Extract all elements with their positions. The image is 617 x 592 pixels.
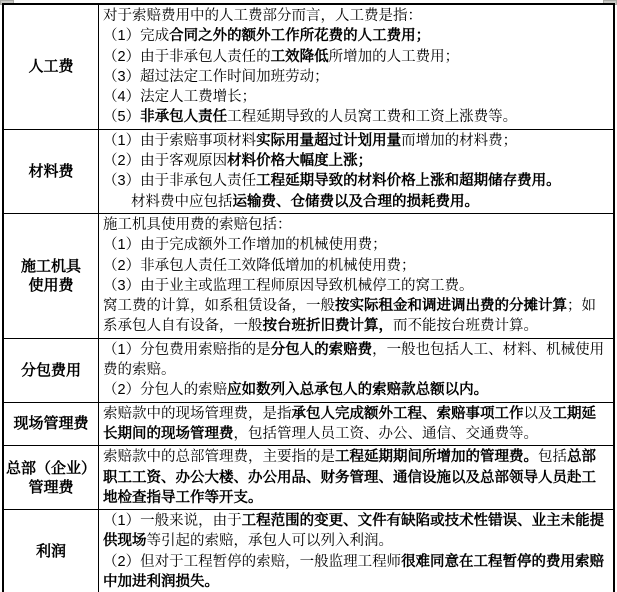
text-segment-bold: 非承包人责任 [140, 109, 227, 125]
paragraph: （1）由于完成额外工作增加的机械使用费； [103, 235, 608, 255]
row-content: （1）一般来说，由于工程范围的变更、文件有缺陷或技术性错误、业主未能提供现场等引… [99, 510, 615, 592]
paragraph: （1）分包费用索赔指的是分包人的索赔费，一般也包括人工、材料、机械使用费的索赔。 [103, 340, 608, 381]
text-segment: （2）由于非承包人责任的 [103, 49, 271, 65]
text-segment: （4）法定人工费增长； [103, 89, 256, 105]
paragraph: （1）由于索赔事项材料实际用量超过计划用量而增加的材料费； [103, 131, 608, 151]
row-label: 利润 [3, 510, 99, 592]
paragraph: 施工机具使用费的索赔包括： [103, 215, 608, 235]
row-content: 对于索赔费用中的人工费部分而言，人工费是指：（1）完成合同之外的额外工作所花费的… [99, 4, 615, 129]
paragraph: （5）非承包人责任工程延期导致的人员窝工费和工资上涨费等。 [103, 107, 608, 127]
text-segment: （2）非承包人责任工效降低增加的机械使用费； [103, 258, 416, 274]
text-segment: 以及 [524, 406, 553, 422]
text-segment: （1）完成 [103, 28, 169, 44]
paragraph: 窝工费的计算，如系租赁设备，一般按实际租金和调进调出费的分摊计算；如系承包人自有… [103, 296, 608, 337]
paragraph: 材料费中应包括运输费、仓储费以及合理的损耗费用。 [103, 192, 608, 212]
text-segment-bold: 合同之外的额外工作所花费的人工费用； [169, 28, 430, 44]
text-segment: 窝工费的计算，如系租赁设备，一般 [103, 298, 335, 314]
row-label: 人工费 [3, 4, 99, 129]
text-segment: 工程延期导致的人员窝工费和工资上涨费等。 [227, 109, 517, 125]
document-page: 人工费对于索赔费用中的人工费部分而言，人工费是指：（1）完成合同之外的额外工作所… [0, 0, 617, 592]
row-content: （1）由于索赔事项材料实际用量超过计划用量而增加的材料费；（2）由于客观原因材料… [99, 129, 615, 213]
row-label: 总部（企业）管理费 [3, 446, 99, 510]
paragraph: （2）但对于工程暂停的索赔，一般监理工程师很难同意在工程暂停的费用索赔中加进利润… [103, 552, 608, 592]
row-content: （1）分包费用索赔指的是分包人的索赔费，一般也包括人工、材料、机械使用费的索赔。… [99, 338, 615, 402]
table-row: 人工费对于索赔费用中的人工费部分而言，人工费是指：（1）完成合同之外的额外工作所… [3, 4, 614, 129]
text-segment: （2）但对于工程暂停的索赔，一般监理工程师 [103, 554, 401, 570]
text-segment: （3）超过法定工作时间加班劳动； [103, 69, 329, 85]
paragraph: （1）完成合同之外的额外工作所花费的人工费用； [103, 26, 608, 46]
text-segment: 包括 [538, 449, 567, 465]
text-segment-bold: 承包人完成额外工程、索赔事项工作 [292, 406, 524, 422]
paragraph: （1）一般来说，由于工程范围的变更、文件有缺陷或技术性错误、业主未能提供现场等引… [103, 511, 608, 552]
text-segment: （5） [103, 109, 140, 125]
paragraph: （4）法定人工费增长； [103, 87, 608, 107]
table-row: 材料费（1）由于索赔事项材料实际用量超过计划用量而增加的材料费；（2）由于客观原… [3, 129, 614, 213]
table-row: 利润（1）一般来说，由于工程范围的变更、文件有缺陷或技术性错误、业主未能提供现场… [3, 510, 614, 592]
text-segment-bold: 材料价格大幅度上涨； [227, 153, 372, 169]
paragraph: （3）超过法定工作时间加班劳动； [103, 67, 608, 87]
text-segment: 等引起的索赔，承包人可以列入利润。 [147, 533, 394, 549]
text-segment-bold: 实际用量超过计划用量 [256, 133, 401, 149]
text-segment: （1）一般来说，由于 [103, 513, 242, 529]
text-segment-bold: 工效降低 [271, 49, 329, 65]
text-segment-bold: 工程延期导致的材料价格上涨和超期储存费用。 [256, 173, 561, 189]
table-row: 总部（企业）管理费索赔款中的总部管理费，主要指的是工程延期期间所增加的管理费。包… [3, 446, 614, 510]
paragraph: （3）由于非承包人责任工程延期导致的材料价格上涨和超期储存费用。 [103, 171, 608, 191]
text-segment: （1）分包费用索赔指的是 [103, 342, 271, 358]
text-segment: （1）由于索赔事项材料 [103, 133, 256, 149]
paragraph: （2）非承包人责任工效降低增加的机械使用费； [103, 256, 608, 276]
text-segment-bold: 按台班折旧费计算， [263, 318, 394, 334]
table-row: 施工机具使用费施工机具使用费的索赔包括：（1）由于完成额外工作增加的机械使用费；… [3, 213, 614, 338]
row-label: 分包费用 [3, 338, 99, 402]
claim-cost-table: 人工费对于索赔费用中的人工费部分而言，人工费是指：（1）完成合同之外的额外工作所… [2, 3, 615, 592]
text-segment: （1）由于完成额外工作增加的机械使用费； [103, 237, 387, 253]
table-row: 分包费用（1）分包费用索赔指的是分包人的索赔费，一般也包括人工、材料、机械使用费… [3, 338, 614, 402]
text-segment: （3）由于非承包人责任 [103, 173, 256, 189]
claim-cost-table-body: 人工费对于索赔费用中的人工费部分而言，人工费是指：（1）完成合同之外的额外工作所… [3, 4, 614, 592]
paragraph: （2）由于客观原因材料价格大幅度上涨； [103, 151, 608, 171]
paragraph: （2）由于非承包人责任的工效降低所增加的人工费用； [103, 47, 608, 67]
text-segment-bold: 工程延期期间所增加的管理费。 [335, 449, 538, 465]
text-segment: （2）分包人的索赔 [103, 382, 227, 398]
text-segment: 所增加的人工费用； [329, 49, 460, 65]
paragraph: （3）由于业主或监理工程师原因导致机械停工的窝工费。 [103, 276, 608, 296]
row-label: 施工机具使用费 [3, 213, 99, 338]
text-segment: 而不能按台班费计算。 [393, 318, 538, 334]
table-row: 现场管理费索赔款中的现场管理费，是指承包人完成额外工程、索赔事项工作以及工期延长… [3, 402, 614, 446]
text-segment: 材料费中应包括 [131, 194, 233, 210]
text-segment: ，包括管理人员工资、办公、通信、交通费等。 [234, 426, 539, 442]
text-segment-bold: 按实际租金和调进调出费的分摊计算 [335, 298, 567, 314]
row-content: 施工机具使用费的索赔包括：（1）由于完成额外工作增加的机械使用费；（2）非承包人… [99, 213, 615, 338]
row-content: 索赔款中的总部管理费，主要指的是工程延期期间所增加的管理费。包括总部职工工资、办… [99, 446, 615, 510]
row-content: 索赔款中的现场管理费，是指承包人完成额外工程、索赔事项工作以及工期延长期间的现场… [99, 402, 615, 446]
text-segment-bold: 运输费、仓储费以及合理的损耗费用。 [233, 194, 480, 210]
text-segment-bold: 应如数列入总承包人的索赔款总额以内。 [227, 382, 488, 398]
text-segment: （2）由于客观原因 [103, 153, 227, 169]
paragraph: 索赔款中的现场管理费，是指承包人完成额外工程、索赔事项工作以及工期延长期间的现场… [103, 404, 608, 445]
text-segment: 索赔款中的总部管理费，主要指的是 [103, 449, 335, 465]
paragraph: 索赔款中的总部管理费，主要指的是工程延期期间所增加的管理费。包括总部职工工资、办… [103, 447, 608, 508]
text-segment: 对于索赔费用中的人工费部分而言，人工费是指： [103, 8, 422, 24]
text-segment: 施工机具使用费的索赔包括： [103, 217, 292, 233]
paragraph: （2）分包人的索赔应如数列入总承包人的索赔款总额以内。 [103, 380, 608, 400]
text-segment-bold: 分包人的索赔费 [271, 342, 373, 358]
text-segment: 而增加的材料费； [401, 133, 517, 149]
paragraph: 对于索赔费用中的人工费部分而言，人工费是指： [103, 6, 608, 26]
row-label: 现场管理费 [3, 402, 99, 446]
row-label: 材料费 [3, 129, 99, 213]
text-segment: 索赔款中的现场管理费，是指 [103, 406, 292, 422]
text-segment: （3）由于业主或监理工程师原因导致机械停工的窝工费。 [103, 278, 474, 294]
